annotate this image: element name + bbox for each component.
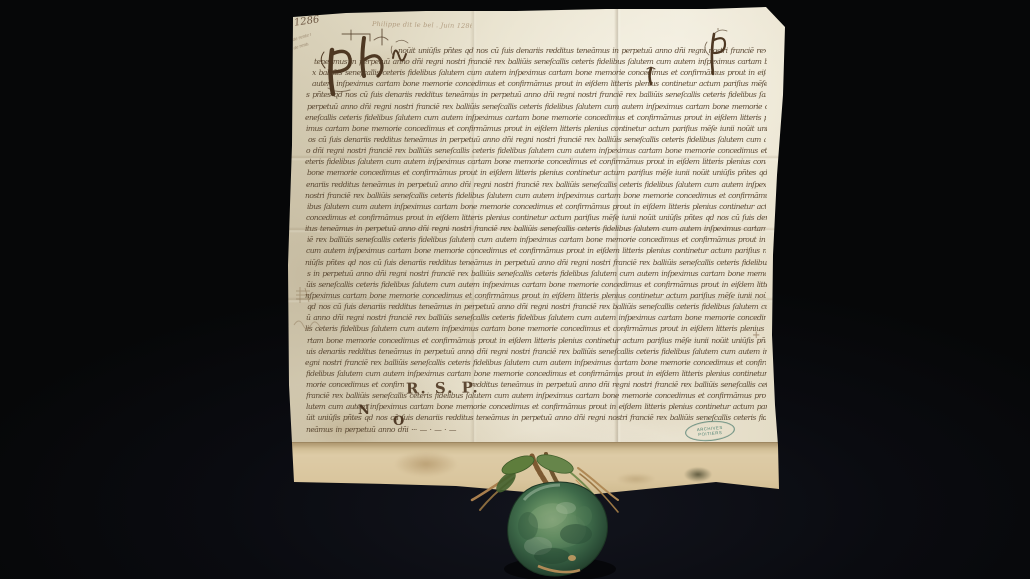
manuscript-line: ibus ſalutem cum autem inſpeximus cartam… [307,202,766,213]
archivist-year-note: 1286 [293,14,320,28]
manuscript-line: perpetuū anno dñi regni nostri franciē r… [307,102,767,113]
manuscript-line: enariis redditus teneāmus in perpetuū an… [306,180,766,191]
manuscript-line: os cū ſuis denariis redditus teneāmus in… [308,135,766,146]
closing-initial-n: N [358,403,370,418]
manuscript-line: redditus teneāmus in perpetuū anno dñi r… [470,380,767,391]
manuscript-line: lis ceteris fidelibus ſalutem cum autem … [305,324,767,335]
flourished-initial-n [390,38,412,64]
manuscript-line: ūis seneſcallis ceteris fidelibus ſalute… [306,280,767,291]
manuscript-line: eneſcallis ceteris fidelibus ſalutem cum… [305,113,766,124]
flourished-initial-p [702,28,730,78]
manuscript-line: nostri franciē rex balliūis seneſcallis … [305,191,767,202]
manuscript-line: qd nos cū ſuis denariis redditus teneāmu… [307,302,767,313]
manuscript-line: lutem cum autem inſpeximus cartam bone m… [306,402,767,413]
manuscript-line: s in perpetuū anno dñi regni nostri fran… [307,269,766,280]
closing-initial-o: O [393,414,404,429]
manuscript-line: neāmus in perpetuū anno dñi ··· — · — · … [306,425,470,436]
flourished-initial-i [644,66,658,86]
fold-dark-stain [684,467,712,482]
pendant-seal-group [420,438,650,579]
manuscript-line: bone memorie concedimus et confirmāmus p… [307,168,767,179]
manuscript-line: nſpeximus cartam bone memorie concedimus… [305,291,766,302]
chancery-mark: R. S. P. [406,378,480,397]
margin-note: conf. de rente regis villefr. [283,42,309,54]
manuscript-line: eteris fidelibus ſalutem cum autem inſpe… [305,157,766,168]
manuscript-line: morie concedimus et confirmāmus prout in… [306,380,404,391]
manuscript-line: egni nostri franciē rex balliūis seneſca… [305,358,766,369]
archive-stamp-line2: POITIERS [698,430,722,437]
margin-doodle-crosshatch [294,285,314,305]
margin-cross-mark: + [752,330,760,341]
manuscript-line: o dñi regni nostri franciē rex balliūis … [306,146,767,157]
manuscript-line: fidelibus ſalutem cum autem inſpeximus c… [306,369,767,380]
manuscript-line: cum autem inſpeximus cartam bone memorie… [306,246,766,257]
margin-doodle-scribble [292,315,322,331]
manuscript-line: itus teneāmus in perpetuū anno dñi regni… [305,224,766,235]
photograph-of-charter: noūit uniūſis pñtes qd nos cū ſuis denar… [0,0,1030,579]
manuscript-line: franciē rex balliūis seneſcallis ceteris… [306,391,766,402]
manuscript-line: uis denariis redditus teneāmus in perpet… [306,347,767,358]
manuscript-line: concedimus et confirmāmus prout in eiſde… [306,213,767,224]
manuscript-line: imus cartam bone memorie concedimus et c… [306,124,767,135]
manuscript-line: ū anno dñi regni nostri franciē rex ball… [306,313,766,324]
manuscript-line: iē rex balliūis seneſcallis ceteris fide… [307,235,767,246]
manuscript-line: rtam bone memorie concedimus et confirmā… [307,336,766,347]
manuscript-line: niūſis pñtes qd nos cū ſuis denariis red… [305,258,767,269]
